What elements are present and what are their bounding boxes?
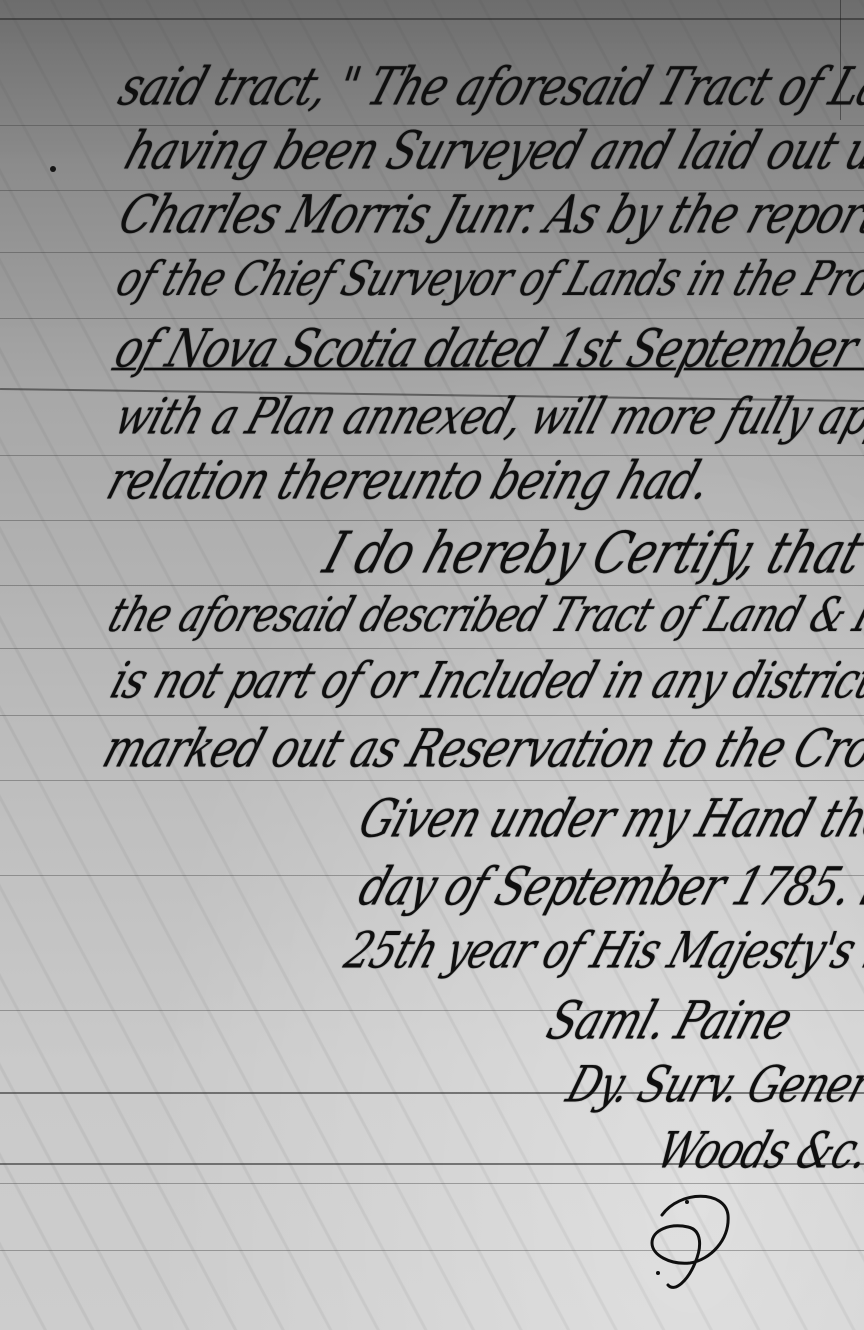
ruled-line <box>0 648 864 649</box>
text-line-7: relation thereunto being had. <box>100 450 718 511</box>
text-line-4: of the Chief Surveyor of Lands in the Pr… <box>110 251 864 306</box>
text-line-12: Given under my Hand the 6th <box>352 788 864 849</box>
signature-title: Dy. Surv. General <box>560 1057 864 1115</box>
text-line-9: the aforesaid described Tract of Land & … <box>102 587 864 642</box>
text-line-2: having been Surveyed and laid out unto <box>118 120 864 181</box>
flourish-mark-icon <box>640 1185 740 1295</box>
text-line-14: 25th year of His Majesty's reign <box>338 923 864 981</box>
signature-name: Saml. Paine <box>540 990 799 1051</box>
ruled-line <box>0 1183 864 1184</box>
ruled-line <box>0 18 864 20</box>
ruled-line <box>0 780 864 781</box>
text-line-8: I do hereby Certify, that <box>316 519 864 587</box>
text-line-13: day of September 1785. in the <box>352 856 864 917</box>
text-line-10: is not part of or Included in any distri… <box>104 653 864 711</box>
ruled-line <box>0 715 864 716</box>
text-line-6: with a Plan annexed, will more fully app… <box>108 389 864 447</box>
document-page: said tract, " The aforesaid Tract of Lan… <box>0 0 864 1330</box>
text-line-1: said tract, " The aforesaid Tract of Lan… <box>112 56 864 117</box>
signature-department: Woods &c. <box>650 1123 864 1181</box>
text-line-3: Charles Morris Junr. As by the report <box>112 184 864 245</box>
line-marker-dot <box>50 166 56 172</box>
text-line-11: marked out as Reservation to the Crown <box>96 718 864 779</box>
text-line-5: of Nova Scotia dated 1st September 1785. <box>108 318 864 379</box>
